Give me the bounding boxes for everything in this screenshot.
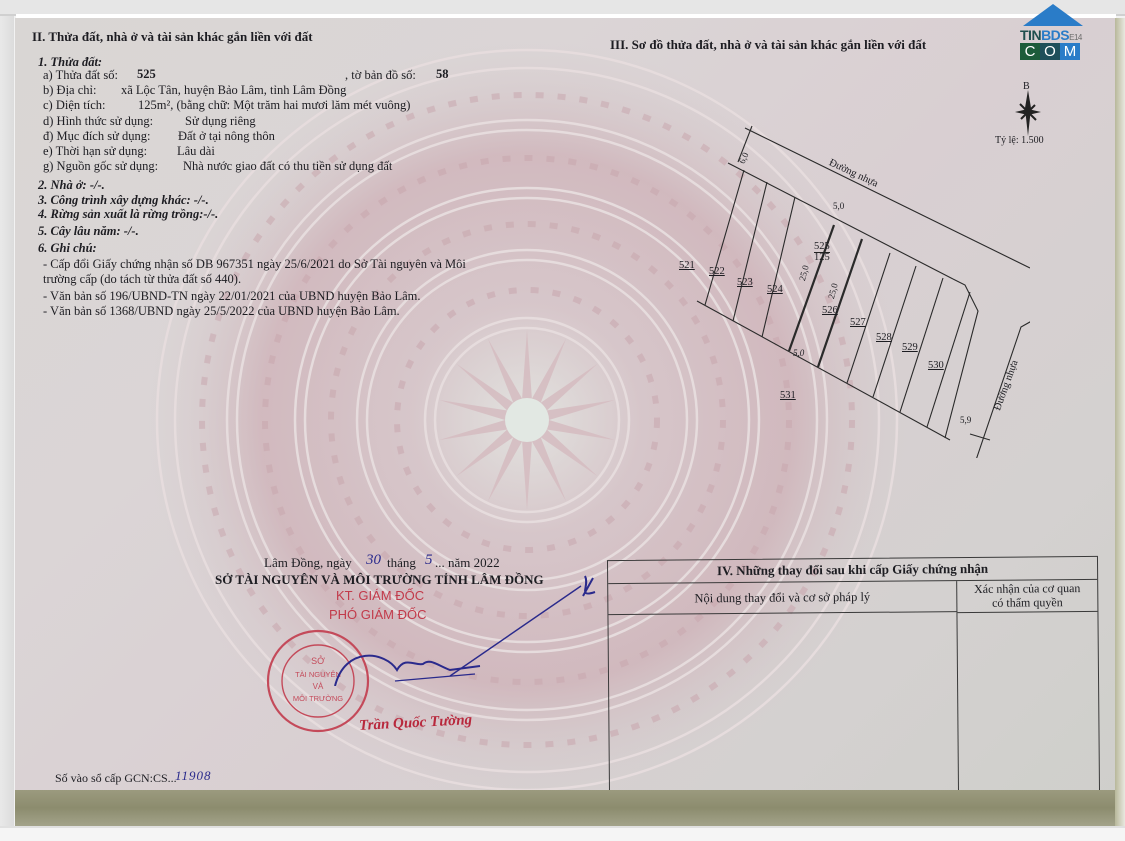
land-heading: 1. Thửa đất:	[38, 55, 102, 69]
registry-number: 11908	[175, 769, 212, 783]
parcel-number: 525	[137, 67, 156, 81]
viewer-bottom-bar	[0, 826, 1125, 841]
registry-label: Số vào sổ cấp GCN:CS...	[55, 771, 177, 785]
changes-table: IV. Những thay đổi sau khi cấp Giấy chứn…	[607, 556, 1100, 797]
forest-item: 4. Rừng sản xuất là rừng trồng:-/-.	[38, 207, 218, 221]
parcel-label: a) Thửa đất số:	[43, 68, 118, 82]
use-purpose-value: Đất ở tại nông thôn	[178, 129, 275, 143]
dim-front: 5,0	[833, 201, 844, 211]
subject-parcel-label: 525 125	[814, 242, 830, 263]
use-term-value: Lâu dài	[177, 144, 215, 158]
parcel-label: 522	[709, 266, 725, 277]
certificate-page: II. Thửa đất, nhà ở và tài sản khác gắn …	[15, 18, 1115, 803]
use-form-label: d) Hình thức sử dụng:	[43, 114, 153, 128]
perennial-item: 5. Cây lâu năm: -/-.	[38, 224, 139, 238]
other-construction-item: 3. Công trình xây dựng khác: -/-.	[38, 193, 209, 207]
dim-back: 5,0	[793, 348, 804, 358]
changes-col-content: Nội dung thay đổi và cơ sở pháp lý	[608, 581, 957, 615]
confirmation-line-1: Xác nhận của cơ quan	[957, 581, 1097, 596]
desk-surface	[15, 790, 1115, 826]
note-line: - Văn bản số 196/UBND-TN ngày 22/01/2021…	[43, 289, 421, 303]
confirmation-line-2: có thẩm quyền	[957, 595, 1097, 610]
map-sheet-number: 58	[436, 67, 449, 81]
date-month: 5	[425, 553, 433, 567]
area-value: 125m², (bằng chữ: Một trăm hai mươi lăm …	[138, 98, 410, 112]
house-item: 2. Nhà ở: -/-.	[38, 178, 105, 192]
subject-parcel-area: 125	[814, 253, 830, 263]
parcel-label: 531	[780, 390, 796, 401]
origin-label: g) Nguồn gốc sử dụng:	[43, 159, 158, 173]
map-sheet-label: , tờ bản đồ số:	[345, 68, 416, 82]
parcel-label: 521	[679, 260, 695, 271]
parcel-label: 530	[928, 360, 944, 371]
svg-text:MÔI TRƯỜNG: MÔI TRƯỜNG	[293, 694, 343, 703]
note-line: - Văn bản số 1368/UBND ngày 25/5/2022 củ…	[43, 304, 400, 318]
section2-title: II. Thửa đất, nhà ở và tài sản khác gắn …	[32, 30, 313, 44]
parcel-label: 527	[850, 317, 866, 328]
photo-left-edge	[0, 0, 14, 841]
column-divider	[956, 612, 959, 793]
note-line: trường cấp (do tách từ thửa đất số 440).	[43, 272, 241, 286]
parcel-label: 524	[767, 284, 783, 295]
dim-right-road: 5,9	[960, 415, 971, 425]
logo-com: C O M	[1020, 43, 1080, 60]
parcel-label: 523	[737, 277, 753, 288]
use-term-label: e) Thời hạn sử dụng:	[43, 144, 147, 158]
photo-right-edge	[1115, 18, 1125, 826]
notes-heading: 6. Ghi chú:	[38, 241, 97, 255]
changes-col-confirmation: Xác nhận của cơ quan có thẩm quyền	[957, 580, 1097, 613]
parcel-label: 526	[822, 305, 838, 316]
note-line: - Cấp đổi Giấy chứng nhận số DB 967351 n…	[43, 257, 466, 271]
date-day: 30	[366, 553, 381, 567]
origin-value: Nhà nước giao đất có thu tiền sử dụng đấ…	[183, 159, 392, 173]
section3-title: III. Sơ đồ thửa đất, nhà ở và tài sản kh…	[610, 38, 926, 52]
use-form-value: Sử dụng riêng	[185, 114, 256, 128]
house-roof-icon	[1023, 4, 1083, 26]
address-value: xã Lộc Tân, huyện Bảo Lâm, tỉnh Lâm Đồng	[121, 83, 346, 97]
parcel-label: 529	[902, 342, 918, 353]
handwritten-signature	[315, 566, 615, 686]
parcel-label: 528	[876, 332, 892, 343]
address-label: b) Địa chỉ:	[43, 83, 96, 97]
tinbds-logo: TINBDSE14 C O M	[1020, 4, 1090, 62]
use-purpose-label: đ) Mục đích sử dụng:	[43, 129, 150, 143]
area-label: c) Diện tích:	[43, 98, 105, 112]
